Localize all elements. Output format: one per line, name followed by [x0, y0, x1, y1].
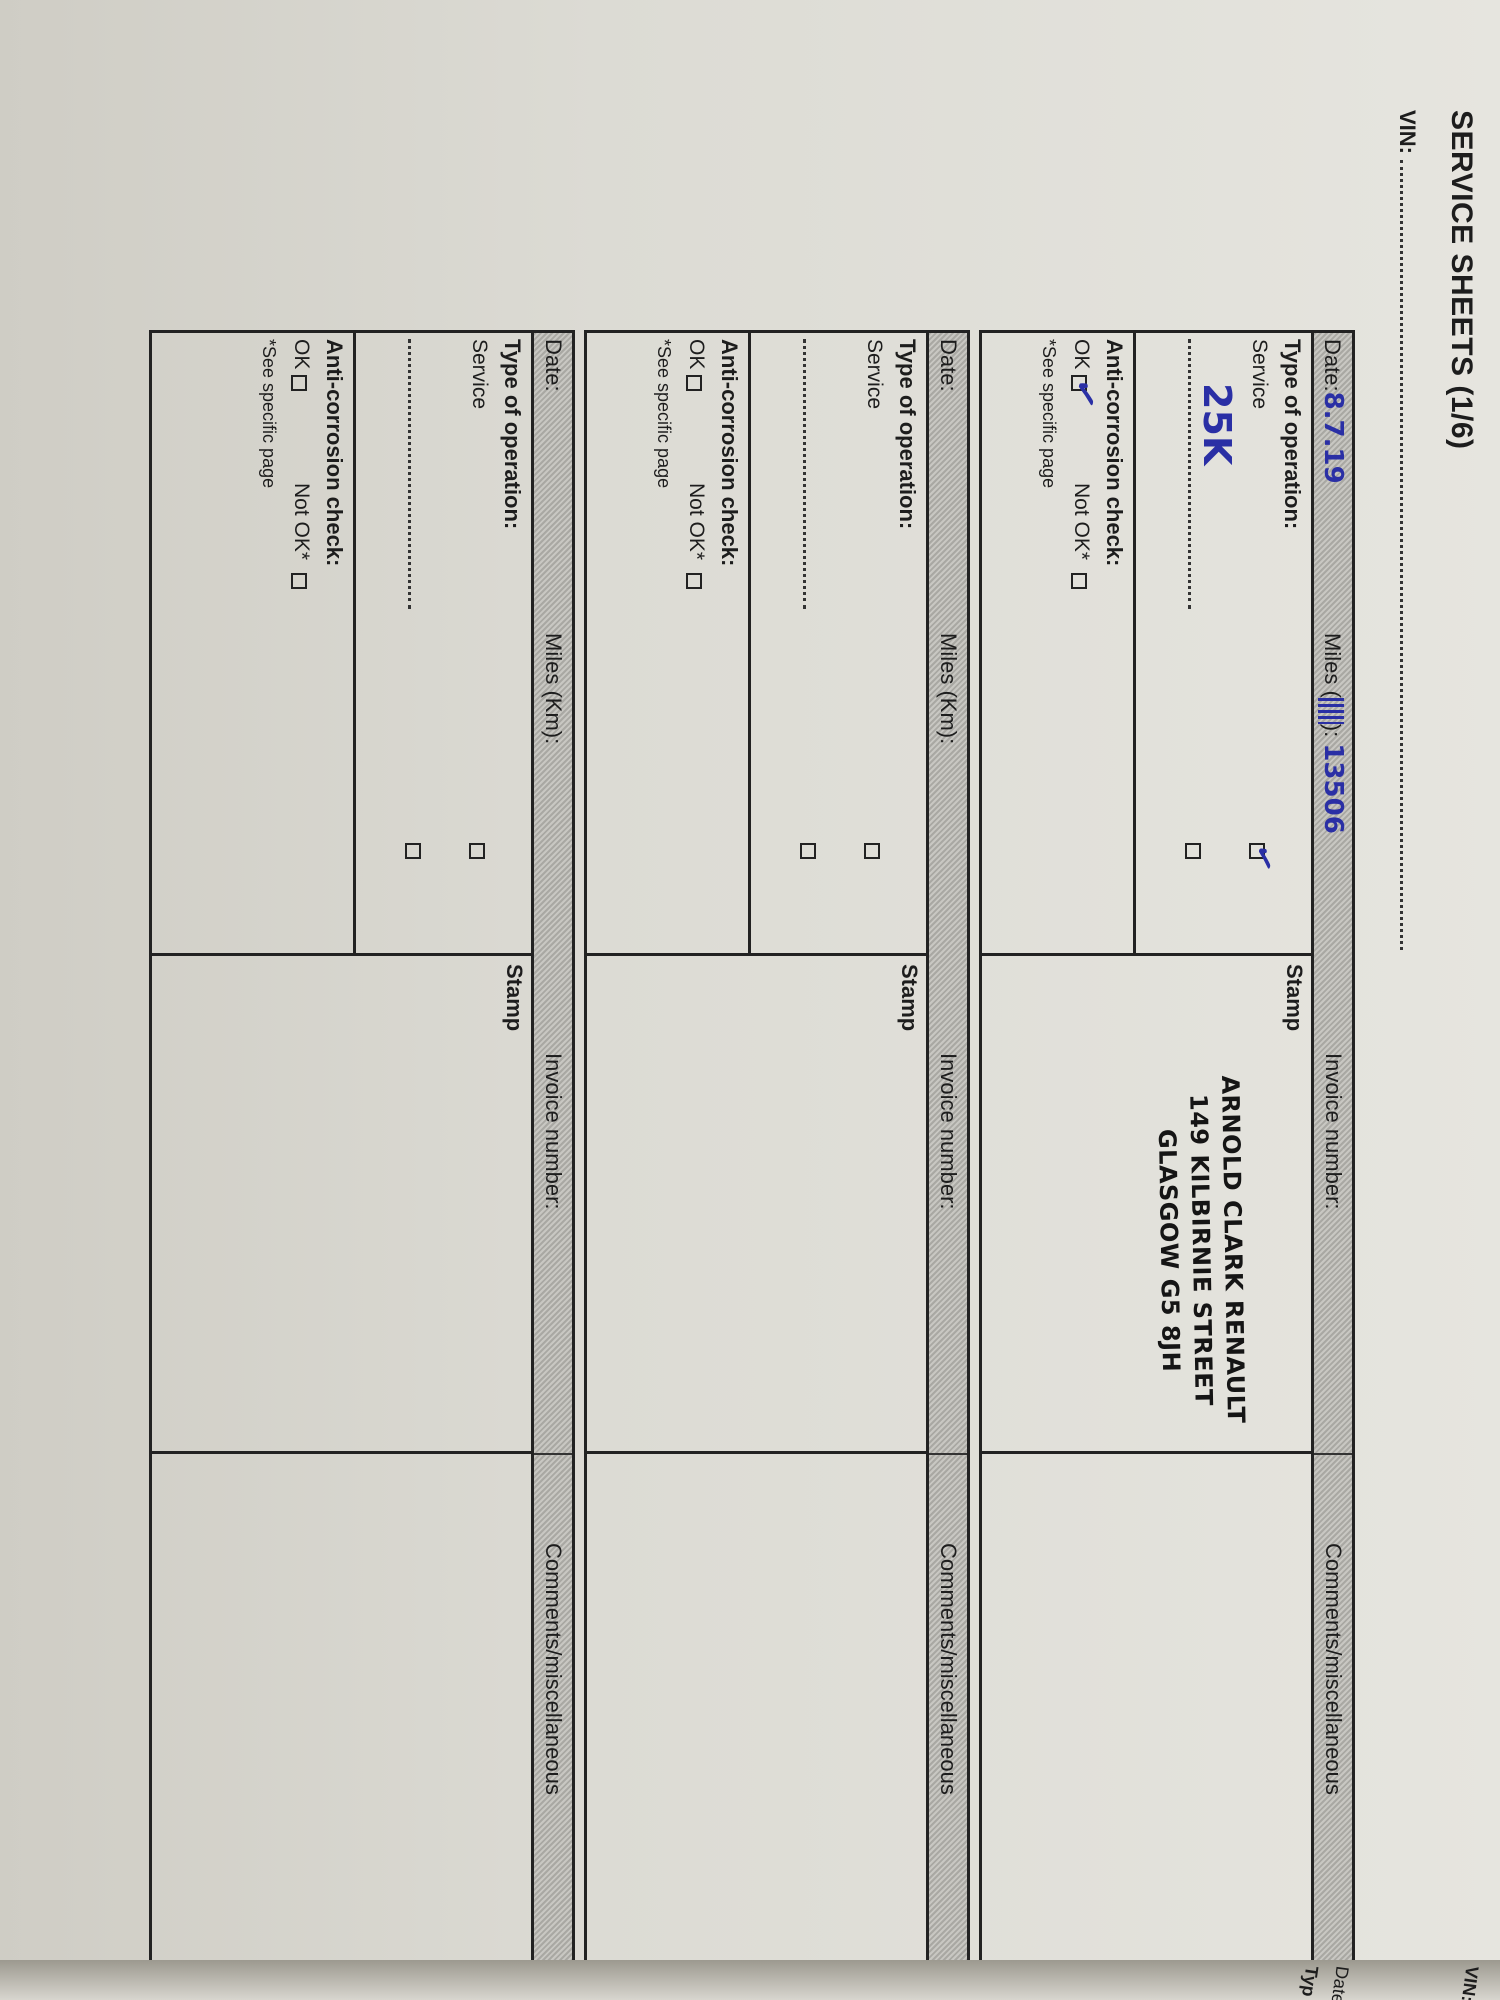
- miles-field[interactable]: Miles (): 13506: [1318, 633, 1348, 834]
- next-page-date-label: Date: [1326, 1965, 1352, 2000]
- ok-label: OK: [1069, 339, 1093, 369]
- type-of-operation-area: Type of operation: Service: [748, 333, 926, 953]
- vin-field[interactable]: VIN:: [1394, 110, 1420, 950]
- anti-corrosion-label: Anti-corrosion check:: [716, 339, 742, 566]
- type-of-operation-label: Type of operation:: [894, 339, 920, 529]
- dealer-stamp: ARNOLD CLARK RENAULT 149 KILBIRNIE STREE…: [1150, 1075, 1252, 1425]
- date-label[interactable]: Date:: [935, 339, 961, 392]
- operation-cell: Type of operation: Service Anti-corrosio…: [587, 333, 926, 956]
- service-note: 25K: [1195, 383, 1239, 465]
- other-operation-checkbox[interactable]: [1185, 843, 1201, 859]
- anti-corrosion-not-ok-checkbox[interactable]: [1071, 573, 1087, 589]
- other-operation-checkbox[interactable]: [800, 843, 816, 859]
- entry-header: Date: Miles (Km): Invoice number: Commen…: [926, 333, 967, 1963]
- service-label: Service: [1247, 339, 1271, 409]
- date-value: 8.7.19: [1318, 392, 1348, 484]
- anti-corrosion-label: Anti-corrosion check:: [1101, 339, 1127, 566]
- type-of-operation-label: Type of operation:: [1279, 339, 1305, 529]
- anti-corrosion-label: Anti-corrosion check:: [321, 339, 347, 566]
- service-sheet-page: SERVICE SHEETS (1/6) VIN: Date:8.7.19 Mi…: [0, 0, 1500, 2000]
- stamp-label: Stamp: [501, 964, 527, 1031]
- service-label: Service: [467, 339, 491, 409]
- anti-corrosion-ok-checkbox[interactable]: [291, 375, 307, 391]
- service-entry-1: Date:8.7.19 Miles (): 13506 Invoice numb…: [979, 330, 1355, 1966]
- see-specific-page-note: *See specific page: [258, 339, 279, 488]
- comments-label: Comments/miscellaneous: [935, 1543, 961, 1795]
- header-divider: [1314, 1453, 1352, 1455]
- stamp-line: GLASGOW G5 8JH: [1150, 1076, 1188, 1425]
- struck-km-unit: [1318, 698, 1344, 724]
- vin-dotted-line: [1400, 160, 1403, 950]
- service-entry-2: Date: Miles (Km): Invoice number: Commen…: [584, 330, 970, 1966]
- invoice-number-label[interactable]: Invoice number:: [935, 1053, 961, 1210]
- service-entry-3: Date: Miles (Km): Invoice number: Commen…: [149, 330, 575, 1966]
- anti-corrosion-not-ok-checkbox[interactable]: [291, 573, 307, 589]
- miles-label[interactable]: Miles (Km):: [540, 633, 566, 744]
- invoice-number-label[interactable]: Invoice number:: [540, 1053, 566, 1210]
- not-ok-label: Not OK*: [684, 483, 708, 560]
- anti-corrosion-not-ok-checkbox[interactable]: [686, 573, 702, 589]
- comments-label: Comments/miscellaneous: [1320, 1543, 1346, 1795]
- header-divider: [929, 1453, 967, 1455]
- other-operation-dotted-line: [408, 339, 411, 609]
- date-field[interactable]: Date:8.7.19: [1318, 339, 1348, 484]
- comments-cell[interactable]: [982, 1454, 1311, 1963]
- type-of-operation-area: Type of operation: Service ✓ 25K: [1133, 333, 1311, 953]
- type-of-operation-area: Type of operation: Service: [353, 333, 531, 953]
- vin-label: VIN:: [1395, 110, 1420, 154]
- other-operation-dotted-line: [803, 339, 806, 609]
- miles-label[interactable]: Miles (Km):: [935, 633, 961, 744]
- not-ok-label: Not OK*: [1069, 483, 1093, 560]
- see-specific-page-note: *See specific page: [653, 339, 674, 488]
- stamp-cell: Stamp ARNOLD CLARK RENAULT 149 KILBIRNIE…: [982, 956, 1311, 1454]
- stamp-label: Stamp: [1281, 964, 1307, 1031]
- next-page-vin-label: VIN:: [1457, 1965, 1483, 2000]
- ok-label: OK: [289, 339, 313, 369]
- not-ok-label: Not OK*: [289, 483, 313, 560]
- comments-cell[interactable]: [587, 1454, 926, 1963]
- comments-cell[interactable]: [152, 1454, 531, 1963]
- stamp-cell: Stamp: [152, 956, 531, 1454]
- date-label: Date:: [1320, 339, 1345, 392]
- service-label: Service: [862, 339, 886, 409]
- page-title: SERVICE SHEETS (1/6): [1444, 110, 1478, 450]
- other-operation-dotted-line: [1188, 339, 1191, 609]
- entry-header: Date: Miles (Km): Invoice number: Commen…: [531, 333, 572, 1963]
- miles-value: 13506: [1318, 743, 1348, 833]
- stamp-cell: Stamp: [587, 956, 926, 1454]
- next-page-type-label: Typ: [1297, 1965, 1322, 1998]
- entry-header: Date:8.7.19 Miles (): 13506 Invoice numb…: [1311, 333, 1352, 1963]
- operation-cell: Type of operation: Service Anti-corrosio…: [152, 333, 531, 956]
- ok-label: OK: [684, 339, 708, 369]
- date-label[interactable]: Date:: [540, 339, 566, 392]
- type-of-operation-label: Type of operation:: [499, 339, 525, 529]
- service-checkbox[interactable]: [469, 843, 485, 859]
- operation-cell: Type of operation: Service ✓ 25K Anti-co…: [982, 333, 1311, 956]
- stamp-label: Stamp: [896, 964, 922, 1031]
- stamp-line: ARNOLD CLARK RENAULT: [1214, 1075, 1252, 1424]
- invoice-number-label[interactable]: Invoice number:: [1320, 1053, 1346, 1210]
- header-divider: [534, 1453, 572, 1455]
- service-checkbox[interactable]: [864, 843, 880, 859]
- stamp-line: 149 KILBIRNIE STREET: [1182, 1076, 1220, 1425]
- anti-corrosion-ok-checkbox[interactable]: [686, 375, 702, 391]
- next-page-edge: VIN: Date Typ: [0, 1960, 1500, 2000]
- other-operation-checkbox[interactable]: [405, 843, 421, 859]
- comments-label: Comments/miscellaneous: [540, 1543, 566, 1795]
- see-specific-page-note: *See specific page: [1038, 339, 1059, 488]
